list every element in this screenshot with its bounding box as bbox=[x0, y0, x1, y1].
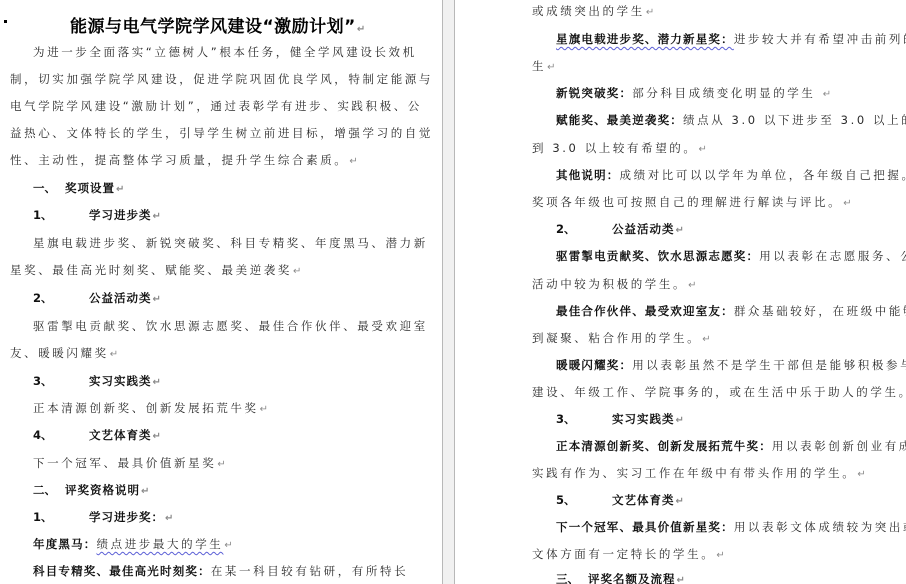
intro-line: 为进一步全面落实“立德树人”根本任务，健全学风建设长效机 bbox=[33, 44, 417, 60]
category-text: 下一个冠军、最具价值新星奖↵ bbox=[33, 455, 226, 473]
section-heading-awards: 一、奖项设置↵ bbox=[33, 180, 124, 198]
category-heading: 2、公益活动类↵ bbox=[556, 221, 684, 239]
category-heading: 1、学习进步类↵ bbox=[33, 207, 161, 225]
eligibility-item-cont: 活动中较为积极的学生。↵ bbox=[532, 276, 697, 294]
eligibility-item: 最佳合作伙伴、最受欢迎室友：群众基础较好，在班级中能够起 bbox=[556, 303, 906, 319]
category-heading: 4、文艺体育类↵ bbox=[33, 427, 161, 445]
list-bullet-icon bbox=[4, 20, 7, 23]
category-text: 正本清源创新奖、创新发展拓荒牛奖↵ bbox=[33, 400, 268, 418]
eligibility-item: 暖暖闪耀奖：用以表彰虽然不是学生干部但是能够积极参与班级 bbox=[556, 357, 906, 373]
category-heading: 1、学习进步奖：↵ bbox=[33, 509, 173, 527]
eligibility-item-cont: 生↵ bbox=[532, 58, 556, 76]
intro-line: 制，切实加强学院学风建设，促进学院巩固优良学风，特制定能源与 bbox=[10, 71, 433, 87]
document-title: 能源与电气学院学风建设“激励计划”↵ bbox=[70, 12, 365, 37]
eligibility-item-cont: 奖项各年级也可按照自己的理解进行解读与评比。↵ bbox=[532, 194, 852, 212]
eligibility-item: 驱雷掣电贡献奖、饮水思源志愿奖：用以表彰在志愿服务、公益 bbox=[556, 248, 906, 264]
eligibility-item: 新锐突破奖：部分科目成绩变化明显的学生 ↵ bbox=[556, 85, 831, 103]
category-text: 友、暖暖闪耀奖↵ bbox=[10, 345, 118, 363]
category-text: 星旗电载进步奖、新锐突破奖、科目专精奖、年度黑马、潜力新 bbox=[33, 235, 428, 251]
category-heading: 2、公益活动类↵ bbox=[33, 290, 161, 308]
intro-line: 电气学院学风建设“激励计划”，通过表彰学有进步、实践积极、公 bbox=[10, 98, 422, 114]
eligibility-item-cont: 到 3.0 以上较有希望的。↵ bbox=[532, 140, 707, 158]
eligibility-item: 星旗电载进步奖、潜力新星奖：进步较大并有希望冲击前列的学 bbox=[556, 31, 906, 47]
eligibility-item: 下一个冠军、最具价值新星奖：用以表彰文体成绩较为突出或在 bbox=[556, 519, 906, 535]
eligibility-item-cont: 建设、年级工作、学院事务的，或在生活中乐于助人的学生。↵ bbox=[532, 384, 906, 402]
intro-line: 益热心、文体特长的学生，引导学生树立前进目标，增强学习的自觉 bbox=[10, 125, 433, 141]
eligibility-item: 其他说明：成绩对比可以以学年为单位，各年级自己把握。具体 bbox=[556, 167, 906, 183]
document-page-left[interactable]: 能源与电气学院学风建设“激励计划”↵ 为进一步全面落实“立德树人”根本任务，健全… bbox=[0, 0, 442, 584]
eligibility-item-cont: 文体方面有一定特长的学生。↵ bbox=[532, 546, 725, 564]
category-text: 星奖、最佳高光时刻奖、赋能奖、最美逆袭奖↵ bbox=[10, 262, 301, 280]
category-heading: 3、实习实践类↵ bbox=[33, 373, 161, 391]
section-heading-quota: 三、评奖名额及流程↵ bbox=[556, 571, 685, 584]
eligibility-item: 正本清源创新奖、创新发展拓荒牛奖：用以表彰创新创业有成绩、 bbox=[556, 438, 906, 454]
category-heading: 5、文艺体育类↵ bbox=[556, 492, 684, 510]
page-separator bbox=[442, 0, 455, 584]
eligibility-item: 科目专精奖、最佳高光时刻奖：在某一科目较有钻研，有所特长 bbox=[33, 563, 408, 579]
document-page-right[interactable]: 或成绩突出的学生↵ 星旗电载进步奖、潜力新星奖：进步较大并有希望冲击前列的学 生… bbox=[455, 0, 906, 584]
eligibility-item-cont: 实践有作为、实习工作在年级中有带头作用的学生。↵ bbox=[532, 465, 866, 483]
eligibility-item: 年度黑马：绩点进步最大的学生↵ bbox=[33, 536, 233, 554]
eligibility-item-cont: 到凝聚、粘合作用的学生。↵ bbox=[532, 330, 711, 348]
section-heading-eligibility: 二、评奖资格说明↵ bbox=[33, 482, 149, 500]
category-heading: 3、实习实践类↵ bbox=[556, 411, 684, 429]
continuation-line: 或成绩突出的学生↵ bbox=[532, 3, 654, 21]
intro-line: 性、主动性，提高整体学习质量，提升学生综合素质。↵ bbox=[10, 152, 358, 170]
eligibility-item: 赋能奖、最美逆袭奖：绩点从 3.0 以下进步至 3.0 以上的，或达 bbox=[556, 112, 906, 128]
category-text: 驱雷掣电贡献奖、饮水思源志愿奖、最佳合作伙伴、最受欢迎室 bbox=[33, 318, 428, 334]
